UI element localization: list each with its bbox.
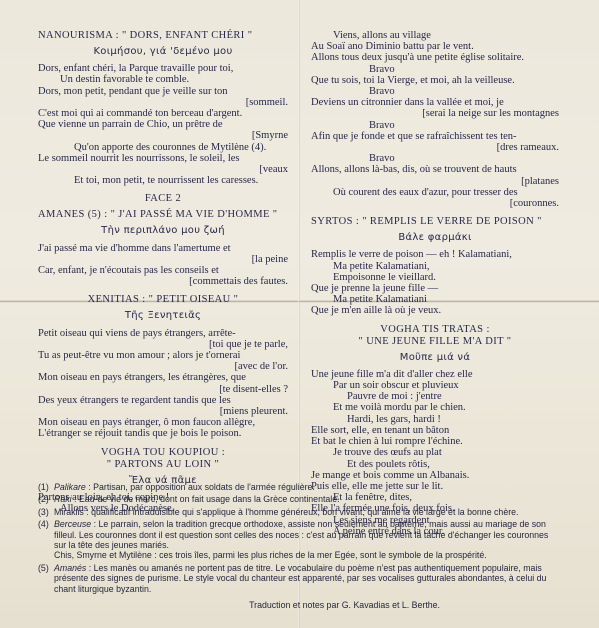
greek-title-syrtos: Βάλε φαρμάκι <box>311 232 559 243</box>
song-title-syrtos: SYRTOS : " REMPLIS LE VERRE DE POISON " <box>311 216 559 228</box>
lyric-line: Et bat le chien à lui rompre l'échine. <box>311 436 559 447</box>
lyric-line: [platanes <box>311 176 559 187</box>
lyric-line: Dors, enfant chéri, la Parque travaille … <box>38 63 288 74</box>
lyric-line: Mon oiseau en pays étranger, ô mon fauco… <box>38 417 288 428</box>
lyric-line: Car, enfant, je n'écoutais pas les conse… <box>38 265 288 276</box>
footnote: (3)Miraklis : qualificatif intraduisible… <box>38 507 558 517</box>
greek-title-vogha-tratas: Μοῦπε μιά νά <box>311 352 559 363</box>
lyric-line: [la peine <box>38 254 288 265</box>
footnotes: (1)Palikare : Partisan, par opposition a… <box>38 482 558 610</box>
song-title-vogha-koupiou-2: " PARTONS AU LOIN " <box>38 459 288 471</box>
lyric-line: Au Soaï ano Diminio battu par le vent. <box>311 41 559 52</box>
lyric-line: Afin que je fonde et que se rafraîchisse… <box>311 131 559 142</box>
footnote: (1)Palikare : Partisan, par opposition a… <box>38 482 558 492</box>
footnote-text: Palikare : Partisan, par opposition aux … <box>54 482 558 492</box>
song-title-vogha-tratas-1: VOGHA TIS TRATAS : <box>311 324 559 336</box>
lyric-line: Que je m'en aille là où je veux. <box>311 305 559 316</box>
lyric-line: [serai la neige sur les montagnes <box>311 108 559 119</box>
lyric-line: Deviens un citronnier dans la vallée et … <box>311 97 559 108</box>
lyric-line: Je mange et bois comme un Albanais. <box>311 470 559 481</box>
lyric-line: Un destin favorable te comble. <box>38 74 288 85</box>
footnote-term: Amanés <box>54 563 86 573</box>
lyric-line: [avec de l'or. <box>38 361 288 372</box>
lyric-line: Que je prenne la jeune fille — <box>311 283 559 294</box>
lyric-line: C'est moi qui ai commandé ton berceau d'… <box>38 108 288 119</box>
lyric-line: Remplis le verre de poison — eh ! Kalama… <box>311 249 559 260</box>
footnote-text: Raki : Eau-de vie de marc, dont on fait … <box>54 494 558 504</box>
face-label: FACE 2 <box>38 193 288 205</box>
lyric-line: Où courent des eaux d'azur, pour tresser… <box>311 187 559 198</box>
lyric-line: [toi que je te parle, <box>38 339 288 350</box>
greek-title-amanes: Τὴν περιπλάνο μου ζωή <box>38 225 288 236</box>
left-column: NANOURISMA : " DORS, ENFANT CHÉRI " Κοιμ… <box>38 30 288 514</box>
lyric-line: Bravo <box>311 64 559 75</box>
lyric-line: Viens, allons au village <box>311 30 559 41</box>
lyric-line: Bravo <box>311 86 559 97</box>
footnote-text: Miraklis : qualificatif intraduisible qu… <box>54 507 558 517</box>
footnote-number: (5) <box>38 563 54 594</box>
lyric-line: Petit oiseau qui viens de pays étrangers… <box>38 328 288 339</box>
lyric-line: Des yeux étrangers te regardent tandis q… <box>38 395 288 406</box>
lyric-line: [te disent-elles ? <box>38 384 288 395</box>
lyric-line: Dors, mon petit, pendant que je veille s… <box>38 86 288 97</box>
right-column: Viens, allons au villageAu Soaï ano Dimi… <box>311 30 559 537</box>
lyrics-xenitias: Petit oiseau qui viens de pays étrangers… <box>38 328 288 440</box>
lyric-line: Qu'on apporte des couronnes de Mytilène … <box>38 142 288 153</box>
footnote-number: (4) <box>38 519 54 561</box>
lyric-line: Et me voilà mordu par le chien. <box>311 402 559 413</box>
footnote-term: Raki <box>54 494 72 504</box>
lyric-line: [couronnes. <box>311 198 559 209</box>
lyric-line: Bravo <box>311 120 559 131</box>
lyric-line: Que vienne un parrain de Chio, un prêtre… <box>38 119 288 130</box>
lyric-line: Ma petite Kalamatiani, <box>311 261 559 272</box>
lyric-line: L'étranger se réjouit tandis que je bois… <box>38 428 288 439</box>
lyrics-amanes: J'ai passé ma vie d'homme dans l'amertum… <box>38 243 288 288</box>
lyric-line: Allons, allons là-bas, dis, où se trouve… <box>311 164 559 175</box>
song-title-amanes: AMANES (5) : " J'AI PASSÉ MA VIE D'HOMME… <box>38 209 288 221</box>
song-title-xenitias: XENITIAS : " PETIT OISEAU " <box>38 294 288 306</box>
lyrics-syrtos: Remplis le verre de poison — eh ! Kalama… <box>311 249 559 316</box>
lyric-line: Allons tous deux jusqu'à une petite égli… <box>311 52 559 63</box>
lyric-line: [veaux <box>38 164 288 175</box>
lyric-line: [sommeil. <box>38 97 288 108</box>
footnote: (2)Raki : Eau-de vie de marc, dont on fa… <box>38 494 558 504</box>
lyric-line: Hardi, les gars, hardi ! <box>311 414 559 425</box>
footnote-number: (3) <box>38 507 54 517</box>
footnote-number: (2) <box>38 494 54 504</box>
footnote-text: Berceuse : Le parrain, selon la traditio… <box>54 519 558 561</box>
song-title-vogha-koupiou-1: VOGHA TOU KOUPIOU : <box>38 447 288 459</box>
lyric-line: Bravo <box>311 153 559 164</box>
lyric-line: J'ai passé ma vie d'homme dans l'amertum… <box>38 243 288 254</box>
lyrics-nanourisma: Dors, enfant chéri, la Parque travaille … <box>38 63 288 186</box>
footnote: (5)Amanés : Les manès ou amanés ne porte… <box>38 563 558 594</box>
lyric-line: Et des poulets rôtis, <box>311 459 559 470</box>
lyric-line: Ma petite Kalamatiani <box>311 294 559 305</box>
lyric-line: Elle sort, elle, en tenant un bâton <box>311 425 559 436</box>
translation-credit: Traduction et notes par G. Kavadias et L… <box>38 600 558 610</box>
lyric-line: Pauvre de moi : j'entre <box>311 391 559 402</box>
lyric-line: Mon oiseau en pays étrangers, les étrang… <box>38 372 288 383</box>
footnote-list: (1)Palikare : Partisan, par opposition a… <box>38 482 558 594</box>
lyrics-vogha-koupiou-continued: Viens, allons au villageAu Soaï ano Dimi… <box>311 30 559 209</box>
lyric-line: [Smyrne <box>38 130 288 141</box>
lyric-line: Le sommeil nourrit les nourrissons, le s… <box>38 153 288 164</box>
lyric-line: [dres rameaux. <box>311 142 559 153</box>
lyric-line: Empoisonne le vieillard. <box>311 272 559 283</box>
lyric-line: Et toi, mon petit, te nourrissent les ca… <box>38 175 288 186</box>
greek-title-nanourisma: Κοιμήσου, γιά 'δεμένο μου <box>38 46 288 57</box>
lyric-line: Tu as peut-être vu mon amour ; alors je … <box>38 350 288 361</box>
footnote-number: (1) <box>38 482 54 492</box>
footnote-term: Palikare <box>54 482 86 492</box>
lyric-line: [miens pleurent. <box>38 406 288 417</box>
song-title-nanourisma: NANOURISMA : " DORS, ENFANT CHÉRI " <box>38 30 288 42</box>
greek-title-xenitias: Τῆς Ξενητειᾶς <box>38 310 288 321</box>
footnote-text: Amanés : Les manès ou amanés ne portent … <box>54 563 558 594</box>
lyric-line: Par un soir obscur et pluvieux <box>311 380 559 391</box>
footnote-term: Berceuse <box>54 519 91 529</box>
lyric-line: Que tu sois, toi la Vierge, et moi, ah l… <box>311 75 559 86</box>
song-title-vogha-tratas-2: " UNE JEUNE FILLE M'A DIT " <box>311 336 559 348</box>
footnote: (4)Berceuse : Le parrain, selon la tradi… <box>38 519 558 561</box>
lyric-line: [commettais des fautes. <box>38 276 288 287</box>
lyric-line: Je trouve des œufs au plat <box>311 447 559 458</box>
lyric-line: Une jeune fille m'a dit d'aller chez ell… <box>311 369 559 380</box>
